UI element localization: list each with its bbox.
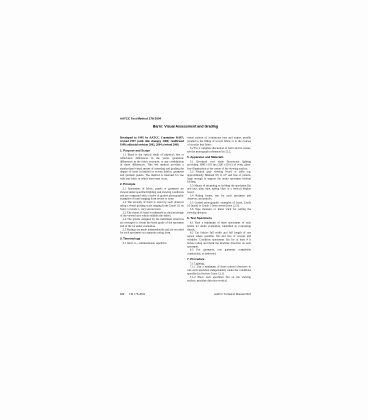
footer-page-number: 322 bbox=[120, 292, 124, 295]
footer-method-code: TM 178-2004 bbox=[129, 292, 145, 295]
paragraph: Developed in 1995 by AATCC Committee RA8… bbox=[120, 136, 184, 146]
document-page: AATCC Test Method 178-2004 Barré: Visual… bbox=[0, 0, 368, 420]
paragraph: 2.1 Specimens of fabric, panels or garme… bbox=[120, 187, 184, 201]
paragraph: 5.1 Overhead cool white fluorescent ligh… bbox=[187, 160, 251, 170]
section-heading: 3. Terminology bbox=[120, 237, 184, 240]
paragraph: 2.2 The severity of barré is rated by ea… bbox=[120, 200, 184, 210]
paragraph: 5.6 Tape measure or meter stick for sett… bbox=[187, 207, 251, 214]
footer-manual-ref: AATCC Technical Manual/2010 bbox=[214, 292, 251, 295]
footer-left: 322 TM 178-2004 bbox=[120, 292, 145, 295]
paragraph: 2.4 The grades assigned by the individua… bbox=[120, 217, 184, 227]
page-body: AATCC Test Method 178-2004 Barré: Visual… bbox=[120, 117, 251, 301]
paragraph: 5.5 Graded photographic examples of barr… bbox=[187, 201, 251, 208]
paragraph: 6.1 Rate a minimum of three specimens of… bbox=[187, 221, 251, 231]
section-heading: 2. Principle bbox=[120, 182, 184, 185]
section-heading: 6. Test Specimens bbox=[187, 216, 251, 219]
paragraph: 3.2 For a complete discussion of barré a… bbox=[187, 146, 251, 153]
paragraph: 6.3 For garments, rate garments complete… bbox=[187, 248, 251, 255]
paragraph: visual pattern of continuous bars and st… bbox=[187, 136, 251, 146]
paragraph: 2.5 Ratings are made independently and a… bbox=[120, 228, 184, 235]
paragraph: 5.4 Rating forms, one for each specimen … bbox=[187, 194, 251, 201]
section-heading: 5. Apparatus and Materials bbox=[187, 155, 251, 158]
right-column: visual pattern of continuous bars and st… bbox=[187, 136, 251, 289]
section-heading: 1. Purpose and Scope bbox=[120, 149, 184, 152]
text-columns: Developed in 1995 by AATCC Committee RA8… bbox=[120, 136, 251, 289]
paragraph: 6.2 Cut fabrics full width and full leng… bbox=[187, 231, 251, 248]
paragraph: 5.2 Neutral gray viewing board or table … bbox=[187, 170, 251, 184]
section-heading: 7. Procedure bbox=[187, 257, 251, 260]
page-content: AATCC Test Method 178-2004 Barré: Visual… bbox=[120, 117, 251, 301]
page-title: Barré: Visual Assessment and Grading bbox=[120, 125, 251, 129]
method-number: AATCC Test Method 178-2004 bbox=[120, 117, 251, 120]
left-column: Developed in 1995 by AATCC Committee RA8… bbox=[120, 136, 184, 289]
paragraph: 7.1.2 Place each specimen flat on the vi… bbox=[187, 275, 251, 282]
paragraph: 3.1 barré, n.—unintentional, repetitive bbox=[120, 241, 184, 244]
paragraph: 7.1.1 Use a minimum of three trained obs… bbox=[187, 265, 251, 275]
page-footer: 322 TM 178-2004 AATCC Technical Manual/2… bbox=[120, 292, 251, 295]
paragraph: 5.3 Means of mounting or holding the spe… bbox=[187, 184, 251, 194]
paragraph: 1.1 Barré is the optical result of physi… bbox=[120, 153, 184, 180]
paragraph: 2.3 The extent of barré is estimated as … bbox=[120, 211, 184, 218]
